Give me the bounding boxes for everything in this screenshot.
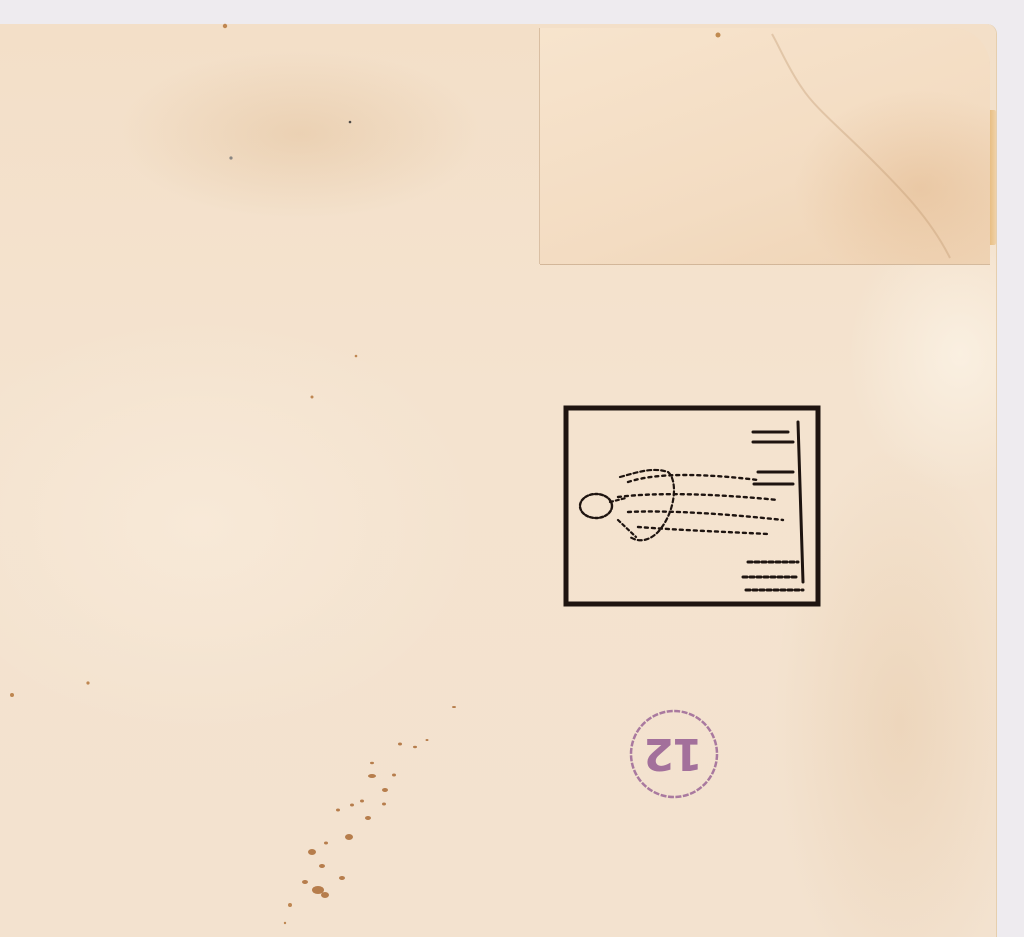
label-crease	[540, 28, 990, 264]
number-seal-stamp: 12	[626, 706, 722, 802]
seal-number: 12	[626, 706, 722, 802]
figure-ink-stamp	[558, 402, 828, 614]
paper-label	[540, 28, 990, 264]
